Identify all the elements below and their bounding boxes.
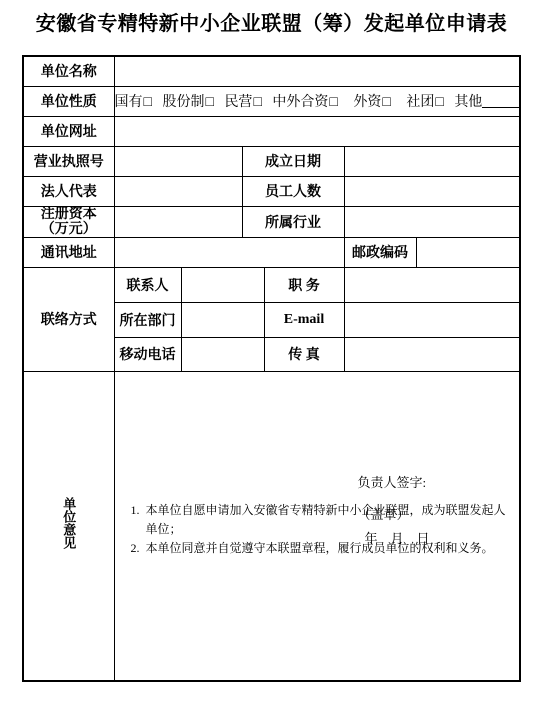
fax-label: 传 真 (264, 337, 344, 371)
fax-value-cell[interactable] (344, 337, 520, 371)
reg-capital-value-cell[interactable] (114, 206, 242, 237)
checkbox-shareholding[interactable]: □ (205, 95, 213, 111)
industry-label: 所属行业 (242, 206, 344, 237)
legal-rep-label: 法人代表 (23, 176, 114, 206)
position-value-cell[interactable] (344, 267, 520, 302)
email-label: E-mail (264, 302, 344, 337)
license-no-value-cell[interactable] (114, 146, 242, 176)
opinion-statements: 本单位自愿申请加入安徽省专精特新中小企业联盟，成为联盟发起人单位； 本单位同意并… (115, 494, 520, 558)
row-license-founded: 营业执照号 成立日期 (23, 146, 520, 176)
checkbox-foreign[interactable]: □ (382, 95, 390, 111)
address-value-cell[interactable] (114, 237, 344, 267)
checkbox-association[interactable]: □ (435, 95, 443, 111)
opinion-label-cell: 单位意见 (23, 371, 114, 681)
postcode-value-cell[interactable] (416, 237, 520, 267)
department-value-cell[interactable] (181, 302, 264, 337)
row-contact-person: 联络方式 联系人 职 务 (23, 267, 520, 302)
address-label: 通讯地址 (23, 237, 114, 267)
row-capital-industry: 注册资本 （万元） 所属行业 (23, 206, 520, 237)
nature-option-private: 民营□ (224, 91, 261, 111)
nature-option-other-label: 其他 (454, 95, 482, 110)
website-value-cell[interactable] (114, 116, 520, 146)
website-label: 单位网址 (23, 116, 114, 146)
opinion-item-1: 本单位自愿申请加入安徽省专精特新中小企业联盟，成为联盟发起人单位； (143, 501, 516, 539)
unit-nature-label: 单位性质 (23, 86, 114, 116)
mobile-label: 移动电话 (114, 337, 181, 371)
contact-section-label: 联络方式 (23, 267, 114, 371)
position-label: 职 务 (264, 267, 344, 302)
page-title: 安徽省专精特新中小企业联盟（筹）发起单位申请表 (0, 0, 543, 38)
nature-other-input-line[interactable] (482, 93, 520, 108)
employees-label: 员工人数 (242, 176, 344, 206)
row-unit-name: 单位名称 (23, 56, 520, 86)
founded-date-label: 成立日期 (242, 146, 344, 176)
row-opinion: 单位意见 本单位自愿申请加入安徽省专精特新中小企业联盟，成为联盟发起人单位； 本… (23, 371, 520, 681)
unit-nature-options-cell: 国有□ 股份制□ 民营□ 中外合资□ 外资□ 社团□ 其他 (114, 86, 520, 116)
unit-name-label: 单位名称 (23, 56, 114, 86)
row-legal-employees: 法人代表 员工人数 (23, 176, 520, 206)
founded-date-value-cell[interactable] (344, 146, 520, 176)
contact-person-value-cell[interactable] (181, 267, 264, 302)
email-value-cell[interactable] (344, 302, 520, 337)
opinion-label: 单位意见 (62, 497, 75, 549)
nature-option-state-owned: 国有□ (115, 91, 152, 111)
industry-value-cell[interactable] (344, 206, 520, 237)
contact-person-label: 联系人 (114, 267, 181, 302)
unit-name-value-cell[interactable] (114, 56, 520, 86)
employees-value-cell[interactable] (344, 176, 520, 206)
row-website: 单位网址 (23, 116, 520, 146)
nature-option-foreign: 外资□ (353, 91, 390, 111)
opinion-item-2: 本单位同意并自觉遵守本联盟章程，履行成员单位的权利和义务。 (143, 539, 516, 558)
reg-capital-label: 注册资本 （万元） (23, 206, 114, 237)
license-no-label: 营业执照号 (23, 146, 114, 176)
row-address-postcode: 通讯地址 邮政编码 (23, 237, 520, 267)
application-form-table: 单位名称 单位性质 国有□ 股份制□ 民营□ 中外合资□ 外资□ 社团□ 其他 … (22, 55, 521, 682)
nature-option-joint-venture: 中外合资□ (272, 91, 337, 111)
nature-option-association: 社团□ (406, 91, 443, 111)
checkbox-joint-venture[interactable]: □ (329, 95, 337, 111)
seal-label: （盖章） (358, 504, 430, 523)
row-unit-nature: 单位性质 国有□ 股份制□ 民营□ 中外合资□ 外资□ 社团□ 其他 (23, 86, 520, 116)
checkbox-state-owned[interactable]: □ (144, 95, 152, 111)
postcode-label: 邮政编码 (344, 237, 416, 267)
legal-rep-value-cell[interactable] (114, 176, 242, 206)
signature-label: 负责人签字: (358, 472, 430, 491)
nature-option-shareholding: 股份制□ (162, 91, 213, 111)
mobile-value-cell[interactable] (181, 337, 264, 371)
checkbox-private[interactable]: □ (253, 95, 261, 111)
signature-block: 负责人签字: （盖章） 年 月 日 (358, 472, 430, 547)
opinion-content-cell[interactable]: 本单位自愿申请加入安徽省专精特新中小企业联盟，成为联盟发起人单位； 本单位同意并… (114, 371, 520, 681)
date-label: 年 月 日 (358, 528, 430, 547)
department-label: 所在部门 (114, 302, 181, 337)
